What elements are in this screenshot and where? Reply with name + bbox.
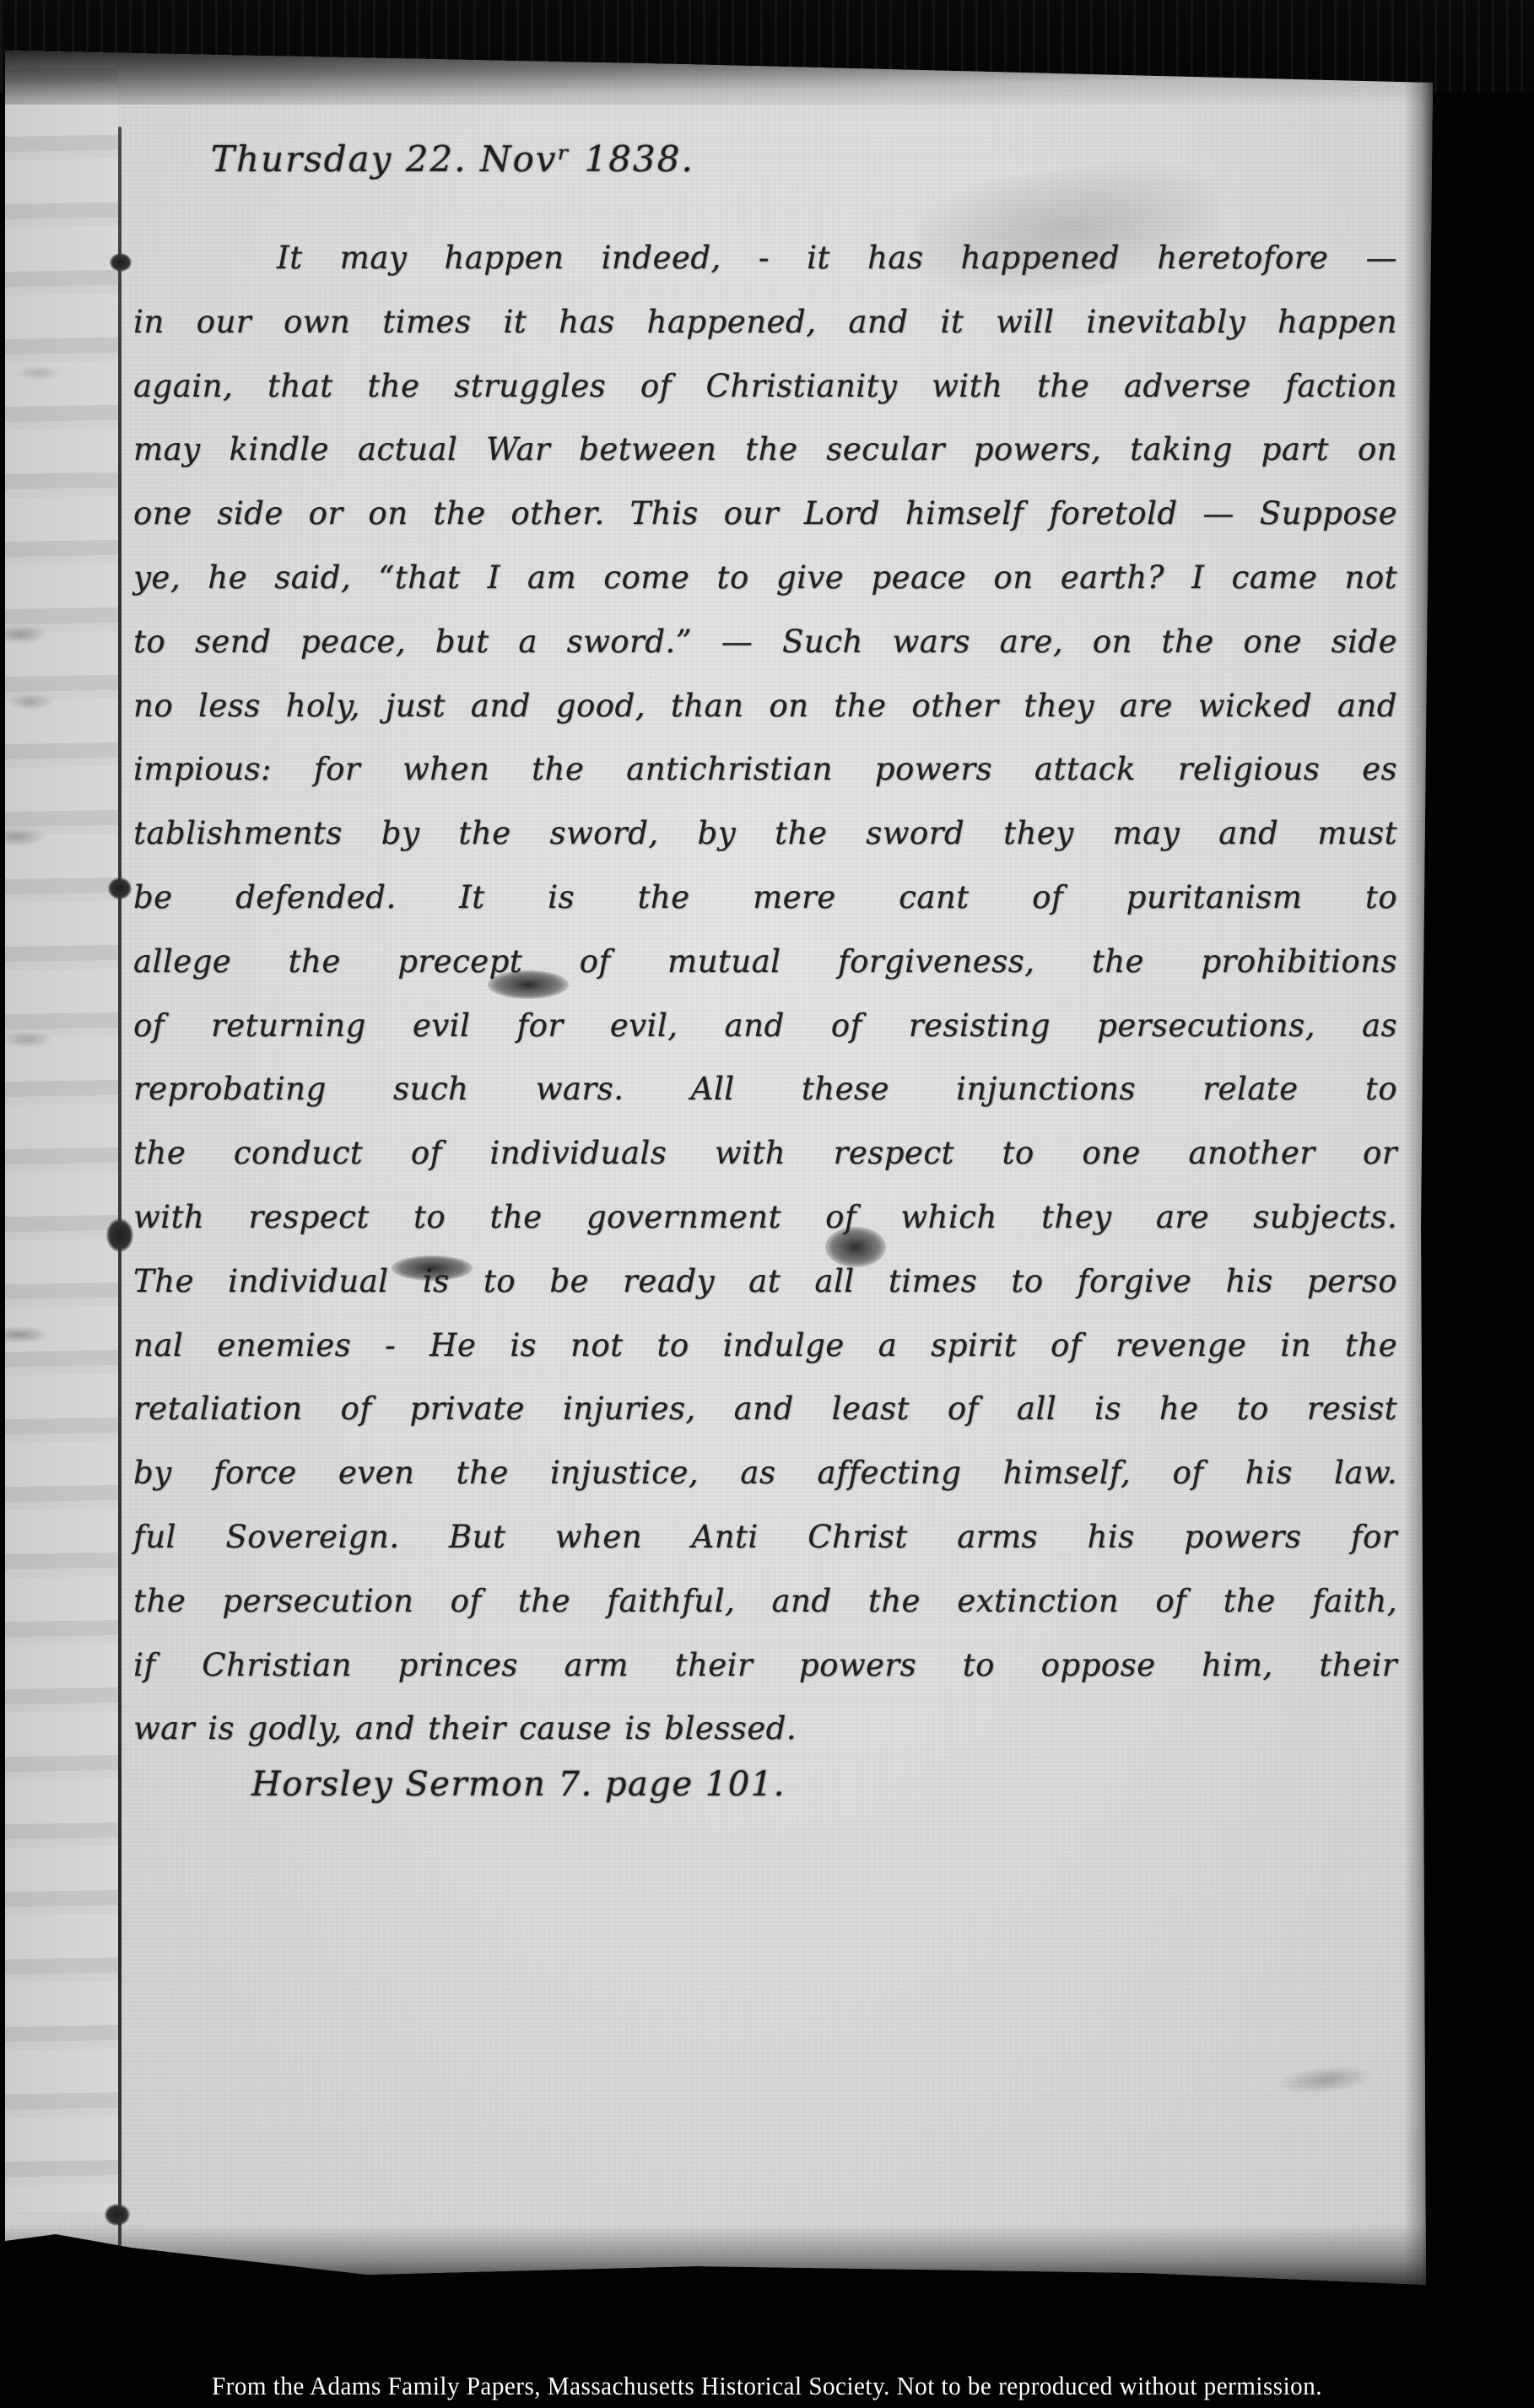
manuscript-line: by force even the injustice, as affectin… (133, 1441, 1397, 1505)
ink-blot (825, 1227, 886, 1267)
manuscript-line: ye, he said, “that I am come to give pea… (133, 546, 1397, 610)
archive-credit-text: From the Adams Family Papers, Massachuse… (212, 2371, 1322, 2401)
thread-knot (106, 1218, 133, 1252)
manuscript-line: reprobating such wars. All these injunct… (133, 1057, 1397, 1121)
manuscript-line: The individual is to be ready at all tim… (133, 1250, 1397, 1314)
thread-knot (110, 253, 132, 272)
manuscript-line: It may happen indeed, - it has happened … (133, 226, 1397, 290)
manuscript-line: ful Sovereign. But when Anti Christ arms… (133, 1505, 1397, 1569)
manuscript-line: again, that the struggles of Christianit… (133, 354, 1397, 418)
manuscript-line: allege the precept of mutual forgiveness… (133, 930, 1397, 994)
manuscript-line: in our own times it has happened, and it… (133, 290, 1397, 354)
ink-blot (392, 1255, 473, 1281)
manuscript-line: the conduct of individuals with respect … (133, 1121, 1397, 1185)
manuscript-line: war is godly, and their cause is blessed… (133, 1697, 1397, 1761)
binding-thread-line (118, 127, 122, 2246)
manuscript-line: no less holy, just and good, than on the… (133, 674, 1397, 738)
manuscript-line: with respect to the government of which … (133, 1185, 1397, 1250)
scanned-manuscript-view: Thursday 22. Novʳ 1838. It may happen in… (0, 0, 1534, 2408)
citation-line: Horsley Sermon 7. page 101. (251, 1765, 786, 1804)
manuscript-line: impious: for when the antichristian powe… (133, 737, 1397, 802)
manuscript-line: retaliation of private injuries, and lea… (133, 1377, 1397, 1441)
archive-credit-bar: From the Adams Family Papers, Massachuse… (0, 2371, 1534, 2401)
manuscript-page: Thursday 22. Novʳ 1838. It may happen in… (5, 44, 1433, 2290)
gutter-ghost-page-strip (5, 44, 118, 2212)
manuscript-line: if Christian princes arm their powers to… (133, 1633, 1397, 1698)
thread-knot (105, 2204, 130, 2226)
manuscript-line: tablishments by the sword, by the sword … (133, 802, 1397, 866)
manuscript-line: one side or on the other. This our Lord … (133, 482, 1397, 546)
thread-knot (108, 877, 132, 899)
manuscript-line: the persecution of the faithful, and the… (133, 1569, 1397, 1633)
manuscript-body: It may happen indeed, - it has happened … (133, 226, 1397, 1761)
paper-smudge (1278, 2062, 1374, 2097)
ink-blot (488, 970, 569, 999)
manuscript-line: nal enemies - He is not to indulge a spi… (133, 1314, 1397, 1378)
manuscript-line: to send peace, but a sword.” — Such wars… (133, 610, 1397, 674)
page-right-shadow (1404, 44, 1433, 2290)
manuscript-line: of returning evil for evil, and of resis… (133, 994, 1397, 1058)
entry-date-heading: Thursday 22. Novʳ 1838. (211, 138, 694, 180)
manuscript-line: may kindle actual War between the secula… (133, 418, 1397, 482)
manuscript-line: be defended. It is the mere cant of puri… (133, 866, 1397, 930)
page-bottom-shadow (5, 2224, 1433, 2290)
